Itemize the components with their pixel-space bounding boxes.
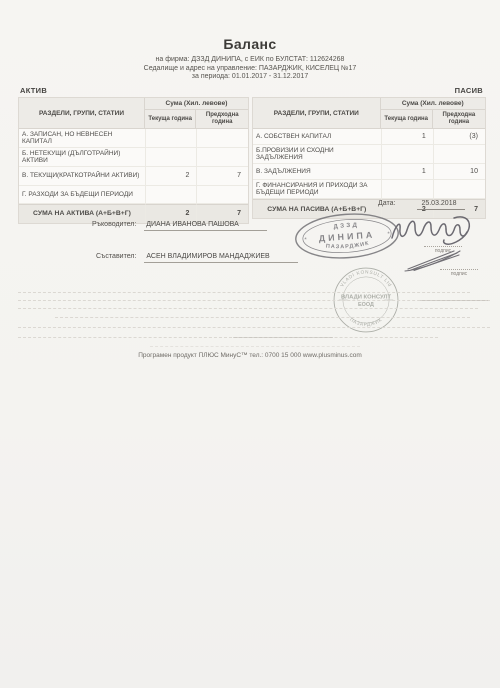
scan-artifact-line — [18, 308, 478, 309]
pasiv-header-sections: РАЗДЕЛИ, ГРУПИ, СТАТИИ — [253, 98, 381, 129]
aktiv-row-previous: 7 — [196, 167, 248, 186]
preparer-name: АСЕН ВЛАДИМИРОВ МАНДАДЖИЕВ — [144, 253, 297, 263]
aktiv-header-sections: РАЗДЕЛИ, ГРУПИ, СТАТИИ — [19, 98, 145, 129]
pasiv-row-label: Б.ПРОВИЗИИ И СХОДНИ ЗАДЪЛЖЕНИЯ — [253, 145, 381, 164]
scanned-balance-sheet-page: Баланс на фирма: ДЗЗД ДИНИПА, с ЕИК по Б… — [0, 0, 500, 688]
manager-label: Ръководител: — [92, 221, 136, 231]
aktiv-row-current — [145, 186, 197, 205]
preparer-row: Съставител: АСЕН ВЛАДИМИРОВ МАНДАДЖИЕВ — [96, 253, 298, 263]
scan-artifact-line — [55, 317, 470, 318]
oval-stamp-star-left: * — [304, 236, 307, 243]
scan-artifact-line — [420, 300, 488, 301]
pasiv-row-previous: 10 — [433, 164, 485, 180]
scan-artifact-line — [150, 346, 360, 347]
pasiv-row-label: А. СОБСТВЕН КАПИТАЛ — [253, 129, 381, 145]
manager-row: Ръководител: ДИАНА ИВАНОВА ПАШОВА — [92, 221, 267, 231]
aktiv-row-current — [145, 129, 197, 148]
manager-signature — [388, 210, 480, 248]
pasiv-header-amount-group: Сума (Хил. левове) — [381, 98, 485, 110]
subtitle-period: за периода: 01.01.2017 - 31.12.2017 — [0, 73, 500, 82]
scan-artifact-line — [18, 327, 490, 328]
pasiv-row-current: 1 — [381, 129, 433, 145]
preparer-label: Съставител: — [96, 253, 136, 263]
pasiv-row-previous — [433, 145, 485, 164]
signature-caption-preparer: подпис — [440, 269, 478, 277]
scan-artifact-line — [18, 292, 470, 293]
aktiv-total-current: 2 — [145, 204, 197, 223]
aktiv-total-label: СУМА НА АКТИВА (А+Б+В+Г) — [19, 204, 145, 223]
section-label-pasiv: ПАСИВ — [455, 86, 483, 95]
pasiv-header-current-year: Текуща година — [381, 110, 433, 129]
aktiv-row-label: В. ТЕКУЩИ(КРАТКОТРАЙНИ АКТИВИ) — [19, 167, 145, 186]
date-value: 25.03.2018 — [417, 200, 464, 210]
subtitle-company: на фирма: ДЗЗД ДИНИПА, с ЕИК по БУЛСТАТ:… — [0, 56, 500, 65]
aktiv-row-current: 2 — [145, 167, 197, 186]
document-subtitle: на фирма: ДЗЗД ДИНИПА, с ЕИК по БУЛСТАТ:… — [0, 56, 500, 82]
pasiv-row-label: Г. ФИНАНСИРАНИЯ И ПРИХОДИ ЗА БЪДЕЩИ ПЕРИ… — [253, 180, 381, 199]
aktiv-header-amount-group: Сума (Хил. левове) — [145, 98, 248, 110]
aktiv-row-label: Г. РАЗХОДИ ЗА БЪДЕЩИ ПЕРИОДИ — [19, 186, 145, 205]
scan-artifact-line — [18, 337, 438, 338]
aktiv-table: РАЗДЕЛИ, ГРУПИ, СТАТИИ Сума (Хил. левове… — [18, 97, 249, 224]
scan-artifact-line — [233, 337, 333, 338]
date-row: Дата: 25.03.2018 — [378, 200, 465, 210]
pasiv-row-label: В. ЗАДЪЛЖЕНИЯ — [253, 164, 381, 180]
aktiv-row-label: Б. НЕТЕКУЩИ (ДЪЛГОТРАЙНИ) АКТИВИ — [19, 148, 145, 167]
aktiv-row-previous — [196, 148, 248, 167]
aktiv-row-label: А. ЗАПИСАН, НО НЕВНЕСЕН КАПИТАЛ — [19, 129, 145, 148]
document-title: Баланс — [0, 36, 500, 52]
svg-text:ДЗЗД: ДЗЗД — [333, 221, 360, 230]
pasiv-row-current — [381, 180, 433, 199]
pasiv-row-previous: (3) — [433, 129, 485, 145]
software-footer: Програмен продукт ПЛЮС МинуС™ тел.: 0700… — [0, 352, 500, 359]
svg-text:VLADI KONSULT Ltd: VLADI KONSULT Ltd — [339, 269, 392, 288]
subtitle-address: Седалище и адрес на управление: ПАЗАРДЖИ… — [0, 65, 500, 74]
aktiv-total-previous: 7 — [196, 204, 248, 223]
aktiv-header-current-year: Текуща година — [145, 110, 197, 129]
aktiv-row-previous — [196, 186, 248, 205]
pasiv-header-previous-year: Предходна година — [433, 110, 485, 129]
pasiv-row-current — [381, 145, 433, 164]
aktiv-row-previous — [196, 129, 248, 148]
manager-name: ДИАНА ИВАНОВА ПАШОВА — [144, 221, 266, 231]
date-label: Дата: — [378, 200, 395, 210]
round-stamp-arc-top: VLADI KONSULT Ltd — [339, 269, 392, 288]
oval-stamp-line1: ДЗЗД — [333, 221, 360, 230]
aktiv-header-previous-year: Предходна година — [196, 110, 248, 129]
company-oval-stamp-icon: ДЗЗД ДИНИПА ПАЗАРДЖИК * * — [292, 209, 403, 262]
section-label-aktiv: АКТИВ — [20, 86, 47, 95]
pasiv-row-current: 1 — [381, 164, 433, 180]
aktiv-row-current — [145, 148, 197, 167]
pasiv-row-previous — [433, 180, 485, 199]
